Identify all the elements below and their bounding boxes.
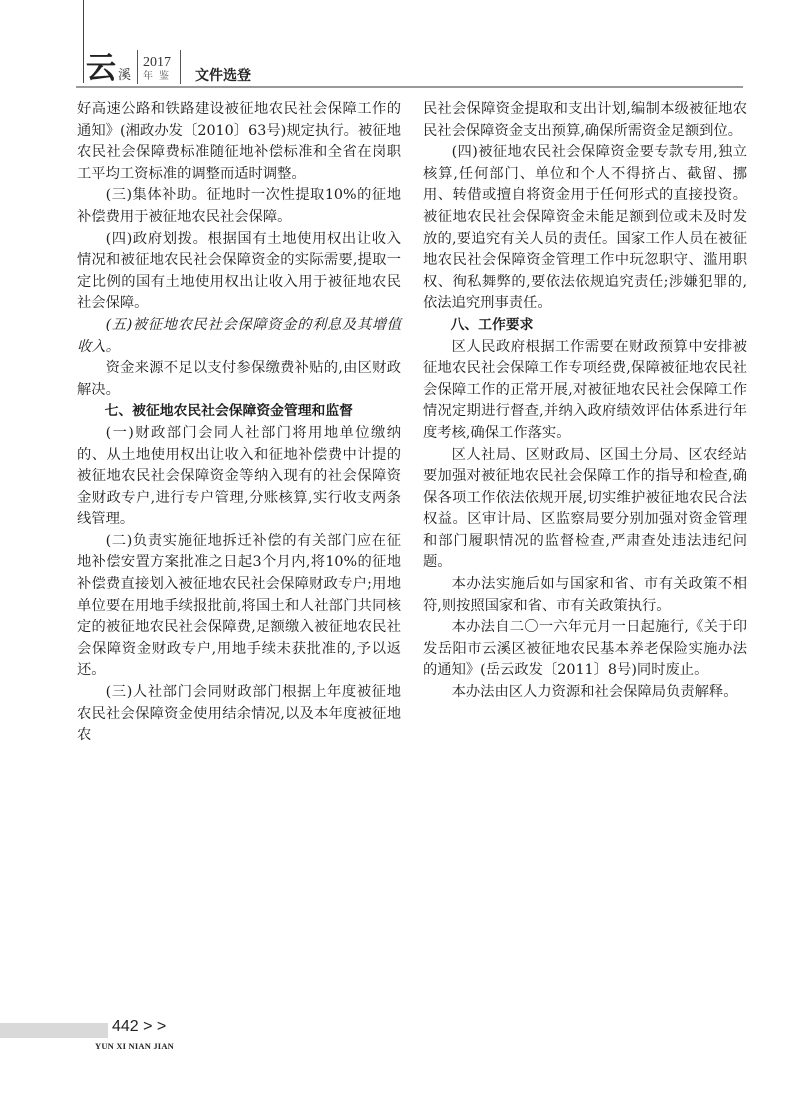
nianjian-label: 年鉴 — [143, 70, 175, 84]
left-column: 好高速公路和铁路建设被征地农民社会保障工作的通知》(湘政办发〔2010〕63号)… — [77, 99, 401, 747]
header-vertical-rule — [83, 0, 84, 83]
page-header: 云 溪 2017 年鉴 文件选登 — [86, 48, 251, 84]
header-rule — [76, 86, 743, 88]
footer-bar — [0, 1023, 108, 1038]
paragraph: 区人社局、区财政局、区国土分局、区农经站要加强对被征地农民社会保障工作的指导和检… — [423, 445, 747, 575]
footer-subtitle: YUN XI NIAN JIAN — [95, 1041, 174, 1051]
year: 2017 — [143, 56, 175, 70]
paragraph: 区人民政府根据工作需要在财政预算中安排被征地农民社会保障工作专项经费,保障被征地… — [423, 337, 747, 445]
paragraph: (一)财政部门会同人社部门将用地单位缴纳的、从土地使用权出让收入和征地补偿费中计… — [77, 423, 401, 531]
logo-yun: 云 — [86, 54, 116, 84]
paragraph: 资金来源不足以支付参保缴费补贴的,由区财政解决。 — [77, 358, 401, 401]
paragraph: 本办法由区人力资源和社会保障局负责解释。 — [423, 682, 747, 704]
header-divider — [180, 50, 181, 84]
paragraph: 本办法自二〇一六年元月一日起施行,《关于印发岳阳市云溪区被征地农民基本养老保险实… — [423, 617, 747, 682]
paragraph: 民社会保障资金提取和支出计划,编制本级被征地农民社会保障资金支出预算,确保所需资… — [423, 99, 747, 142]
section-heading: 八、工作要求 — [423, 315, 747, 337]
paragraph: (五)被征地农民社会保障资金的利息及其增值收入。 — [77, 315, 401, 358]
right-column: 民社会保障资金提取和支出计划,编制本级被征地农民社会保障资金支出预算,确保所需资… — [423, 99, 747, 704]
paragraph: (四)被征地农民社会保障资金要专款专用,独立核算,任何部门、单位和个人不得挤占、… — [423, 142, 747, 315]
paragraph: (二)负责实施征地拆迁补偿的有关部门应在征地补偿安置方案批准之日起3个月内,将1… — [77, 531, 401, 682]
section-heading: 七、被征地农民社会保障资金管理和监督 — [77, 401, 401, 423]
logo-xi: 溪 — [118, 68, 131, 84]
paragraph: 本办法实施后如与国家和省、市有关政策不相符,则按照国家和省、市有关政策执行。 — [423, 574, 747, 617]
paragraph: (三)人社部门会同财政部门根据上年度被征地农民社会保障资金使用结余情况,以及本年… — [77, 682, 401, 747]
paragraph: (三)集体补助。征地时一次性提取10%的征地补偿费用于被征地农民社会保障。 — [77, 185, 401, 228]
paragraph: 好高速公路和铁路建设被征地农民社会保障工作的通知》(湘政办发〔2010〕63号)… — [77, 99, 401, 185]
paragraph: (四)政府划拨。根据国有土地使用权出让收入情况和被征地农民社会保障资金的实际需要… — [77, 229, 401, 315]
yearbook-label: 2017 年鉴 — [138, 56, 180, 84]
section-title: 文件选登 — [195, 68, 251, 84]
page-number: 442 > > — [112, 1018, 166, 1036]
